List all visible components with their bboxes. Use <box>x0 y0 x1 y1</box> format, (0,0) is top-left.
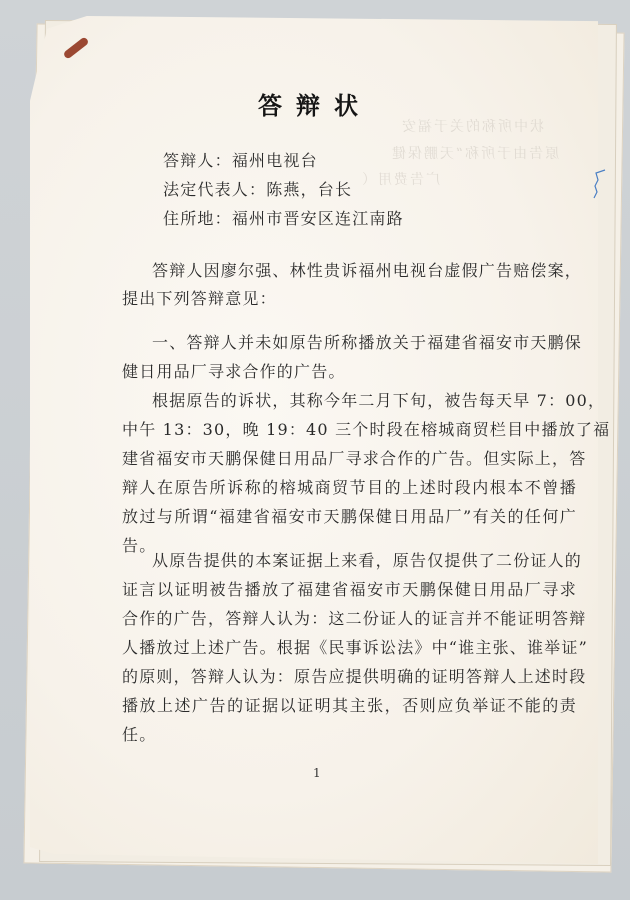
paragraph2-line: 建省福安市天鹏保健日用品厂寻求合作的广告。但实际上，答 <box>122 446 577 469</box>
document-title: 答辩状 <box>0 86 630 121</box>
paragraph2-line: 放过与所谓“福建省福安市天鹏保健日用品厂”有关的任何广 <box>122 504 577 527</box>
paragraph3-line: 从原告提供的本案证据上来看，原告仅提供了二份证人的 <box>152 548 577 571</box>
paragraph3-line: 的原则，答辩人认为：原告应提供明确的证明答辩人上述时段 <box>122 664 577 687</box>
bleed-through-text: 原告由于所称“天鹏保健 <box>390 143 559 163</box>
legal-rep-line: 法定代表人：陈燕，台长 <box>163 177 352 200</box>
paragraph3-line: 人播放过上述广告。根据《民事诉讼法》中“谁主张、谁举证” <box>122 635 577 658</box>
address-value: 福州市晋安区连江南路 <box>232 209 404 228</box>
paragraph2-line: 辩人在原告所诉称的榕城商贸节目的上述时段内根本不曾播 <box>122 475 577 498</box>
respondent-value: 福州电视台 <box>232 151 318 170</box>
legal-rep-label: 法定代表人： <box>163 180 266 199</box>
respondent-line: 答辩人：福州电视台 <box>163 148 318 171</box>
paragraph2-line: 中午 13：30，晚 19：40 三个时段在榕城商贸栏目中播放了福 <box>122 417 577 440</box>
section1-line: 一、答辩人并未如原告所称播放关于福建省福安市天鹏保 <box>152 330 577 353</box>
paragraph2-line: 根据原告的诉状，其称今年二月下旬，被告每天早 7：00， <box>152 388 577 411</box>
paragraph3-line: 播放上述广告的证据以证明其主张，否则应负举证不能的责 <box>122 693 577 716</box>
pen-mark-icon <box>593 168 607 202</box>
address-label: 住所地： <box>163 209 232 228</box>
paragraph3-line: 证言以证明被告播放了福建省福安市天鹏保健日用品厂寻求 <box>122 577 577 600</box>
address-line: 住所地：福州市晋安区连江南路 <box>163 206 404 229</box>
page-number: 1 <box>313 766 321 780</box>
paragraph3-line: 任。 <box>122 722 577 745</box>
legal-rep-value: 陈燕，台长 <box>266 180 352 199</box>
section1-line: 健日用品厂寻求合作的广告。 <box>122 359 577 382</box>
intro-line: 提出下列答辩意见： <box>122 286 577 309</box>
respondent-label: 答辩人： <box>163 151 232 170</box>
bleed-through-text: 广告费用（ <box>360 169 440 189</box>
intro-line: 答辩人因廖尔强、林性贵诉福州电视台虚假广告赔偿案， <box>152 258 577 281</box>
paragraph3-line: 合作的广告，答辩人认为：这二份证人的证言并不能证明答辩 <box>122 606 577 629</box>
